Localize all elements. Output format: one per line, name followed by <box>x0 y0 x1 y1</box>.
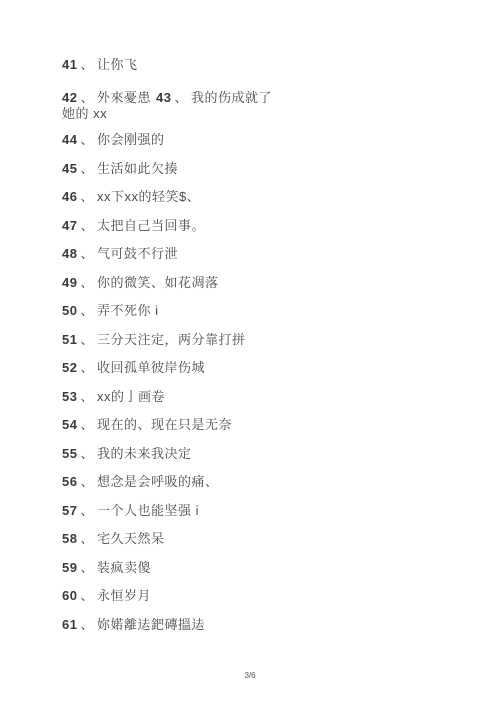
item-separator: 、 <box>77 332 97 347</box>
item-text: 永恒岁月 <box>97 588 151 603</box>
item-separator: 、 <box>77 531 97 546</box>
item-number: 47 <box>62 218 77 233</box>
list-item: 44、你会刚强的 <box>62 132 460 148</box>
item-text: 三分天注定，两分靠打拼 <box>97 332 246 347</box>
item-text: 我的未来我决定 <box>97 446 192 461</box>
item-separator: 、 <box>77 389 97 404</box>
list-item: 48、气可鼓不行泄 <box>62 246 460 262</box>
list-item: 51、三分天注定，两分靠打拼 <box>62 332 460 348</box>
item-text: 气可鼓不行泄 <box>97 246 178 261</box>
item-text: 她的 xx <box>62 106 107 121</box>
item-separator: 、 <box>77 132 97 147</box>
item-number: 49 <box>62 275 77 290</box>
item-separator: 、 <box>77 617 97 632</box>
item-separator: 、 <box>77 275 97 290</box>
item-number: 52 <box>62 360 77 375</box>
item-text: 太把自己当回事。 <box>97 218 205 233</box>
item-number: 53 <box>62 389 77 404</box>
item-number: 44 <box>62 132 77 147</box>
item-number: 57 <box>62 503 77 518</box>
item-number: 45 <box>62 161 77 176</box>
item-text: 宅久天然呆 <box>97 531 165 546</box>
item-separator: 、 <box>77 560 97 575</box>
item-text: 收回孤单彼岸伤城 <box>97 360 205 375</box>
page-number: 3/6 <box>0 671 500 680</box>
item-separator: 、 <box>77 446 97 461</box>
list-item: 42、外來憂患43、我的伤成就了 <box>62 90 460 106</box>
item-number: 55 <box>62 446 77 461</box>
item-text: 想念是会呼吸的痛、 <box>97 474 219 489</box>
item-number: 60 <box>62 588 77 603</box>
item-separator: 、 <box>77 474 97 489</box>
item-number: 42 <box>62 90 77 105</box>
list-item: 52、收回孤单彼岸伤城 <box>62 360 460 376</box>
item-text: 装疯卖傻 <box>97 560 151 575</box>
list-item: 45、生活如此欠揍 <box>62 161 460 177</box>
item-separator: 、 <box>77 246 97 261</box>
item-text: 外來憂患 <box>97 90 151 105</box>
item-text: 现在的、现在只是无奈 <box>97 417 232 432</box>
item-number: 58 <box>62 531 77 546</box>
item-number: 51 <box>62 332 77 347</box>
item-separator: 、 <box>77 417 97 432</box>
list-item: 60、永恒岁月 <box>62 588 460 604</box>
list-item: 49、你的微笑、如花凋落 <box>62 275 460 291</box>
item-number: 48 <box>62 246 77 261</box>
document-page: 41、让你飞 42、外來憂患43、我的伤成就了 她的 xx 44、你会刚强的 4… <box>0 0 500 708</box>
item-number: 43 <box>156 90 171 105</box>
item-separator: 、 <box>77 57 97 72</box>
list-item-continuation: 她的 xx <box>62 106 460 122</box>
item-separator: 、 <box>77 218 97 233</box>
item-number: 59 <box>62 560 77 575</box>
list-item: 61、妳婼離迲鈀磚搵迲 <box>62 617 460 633</box>
item-text: 弄不死你 i <box>97 303 159 318</box>
list-item: 54、现在的、现在只是无奈 <box>62 417 460 433</box>
item-text: 你的微笑、如花凋落 <box>97 275 219 290</box>
item-separator: 、 <box>77 161 97 176</box>
item-text: 让你飞 <box>97 57 138 72</box>
item-separator: 、 <box>77 303 97 318</box>
item-separator: 、 <box>77 360 97 375</box>
item-separator: 、 <box>77 189 97 204</box>
item-text: xx的亅画卷 <box>97 389 165 404</box>
item-text: xx下xx的轻笑$、 <box>97 189 200 204</box>
list-item: 41、让你飞 <box>62 57 460 73</box>
list-item: 58、宅久天然呆 <box>62 531 460 547</box>
list-item: 59、装疯卖傻 <box>62 560 460 576</box>
list-item: 53、xx的亅画卷 <box>62 389 460 405</box>
list-item: 50、弄不死你 i <box>62 303 460 319</box>
list-item: 46、xx下xx的轻笑$、 <box>62 189 460 205</box>
item-number: 41 <box>62 57 77 72</box>
item-text: 生活如此欠揍 <box>97 161 178 176</box>
item-number: 56 <box>62 474 77 489</box>
list-item: 47、太把自己当回事。 <box>62 218 460 234</box>
item-number: 50 <box>62 303 77 318</box>
item-text: 你会刚强的 <box>97 132 165 147</box>
item-text: 我的伤成就了 <box>191 90 272 105</box>
list-item: 57、一个人也能坚强 i <box>62 503 460 519</box>
item-number: 54 <box>62 417 77 432</box>
list-item: 55、我的未来我决定 <box>62 446 460 462</box>
item-separator: 、 <box>171 90 191 105</box>
item-separator: 、 <box>77 588 97 603</box>
list-item: 56、想念是会呼吸的痛、 <box>62 474 460 490</box>
item-separator: 、 <box>77 503 97 518</box>
numbered-list: 41、让你飞 42、外來憂患43、我的伤成就了 她的 xx 44、你会刚强的 4… <box>0 0 500 633</box>
item-text: 妳婼離迲鈀磚搵迲 <box>97 617 205 632</box>
item-number: 46 <box>62 189 77 204</box>
item-number: 61 <box>62 617 77 632</box>
item-text: 一个人也能坚强 i <box>97 503 199 518</box>
item-separator: 、 <box>77 90 97 105</box>
